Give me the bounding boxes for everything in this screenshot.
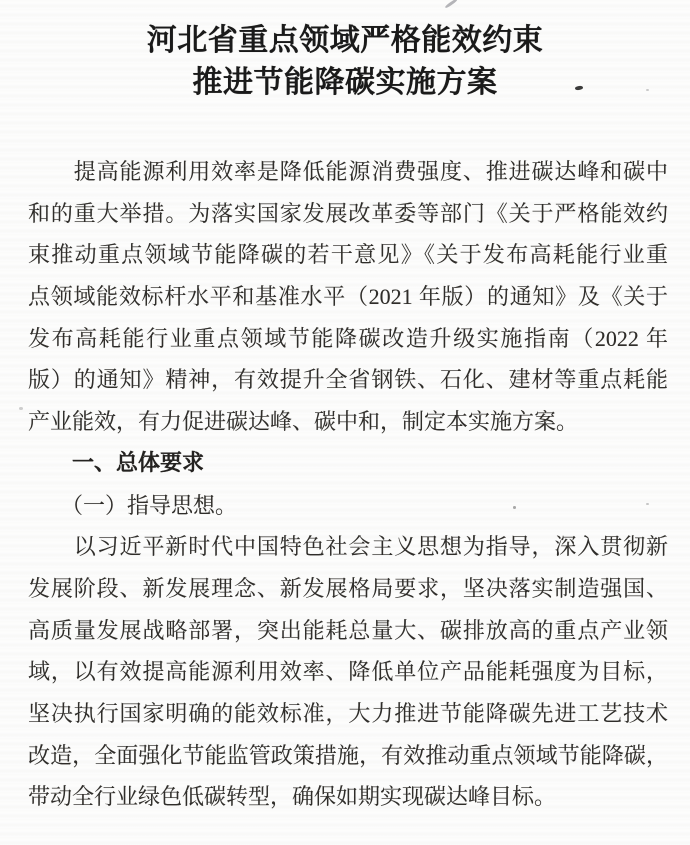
text-line: 发布高耗能行业重点领域节能降碳改造升级实施指南（2022 年 [28,318,668,360]
title-line-2: 推进节能降碳实施方案 [0,62,690,104]
text-line: 高质量发展战略部署，突出能耗总量大、碳排放高的重点产业领 [28,610,668,652]
text-line: 版）的通知》精神，有效提升全省钢铁、石化、建材等重点耗能 [28,359,668,401]
text-line: 改造，全面强化节能监管政策措施，有效推动重点领域节能降碳， [28,735,668,777]
text-line: 以习近平新时代中国特色社会主义思想为指导，深入贯彻新 [28,526,668,568]
title-line-1: 河北省重点领域严格能效约束 [0,20,690,62]
text-line: （一）指导思想。 [28,485,668,527]
text-line: 域，以有效提高能源利用效率、降低单位产品能耗强度为目标， [28,651,668,693]
document-body: 提高能源利用效率是降低能源消费强度、推进碳达峰和碳中和的重大举措。为落实国家发展… [28,151,668,818]
scan-artifact-pen-stroke-mark [445,0,458,8]
text-line: 带动全行业绿色低碳转型，确保如期实现碳达峰目标。 [28,776,668,818]
scan-artifact-speck [19,407,23,410]
document-page: 河北省重点领域严格能效约束 推进节能降碳实施方案 提高能源利用效率是降低能源消费… [0,0,690,845]
text-line: 一、总体要求 [28,443,668,485]
document-title: 河北省重点领域严格能效约束 推进节能降碳实施方案 [0,20,690,104]
text-line: 束推动重点领域节能降碳的若干意见》《关于发布高耗能行业重 [28,234,668,276]
text-line: 点领域能效标杆水平和基准水平（2021 年版）的通知》及《关于 [28,276,668,318]
text-line: 产业能效，有力促进碳达峰、碳中和，制定本实施方案。 [28,401,668,443]
text-line: 坚决执行国家明确的能效标准，大力推进节能降碳先进工艺技术 [28,693,668,735]
text-line: 提高能源利用效率是降低能源消费强度、推进碳达峰和碳中 [28,151,668,193]
text-line: 发展阶段、新发展理念、新发展格局要求，坚决落实制造强国、 [28,568,668,610]
text-line: 和的重大举措。为落实国家发展改革委等部门《关于严格能效约 [28,193,668,235]
